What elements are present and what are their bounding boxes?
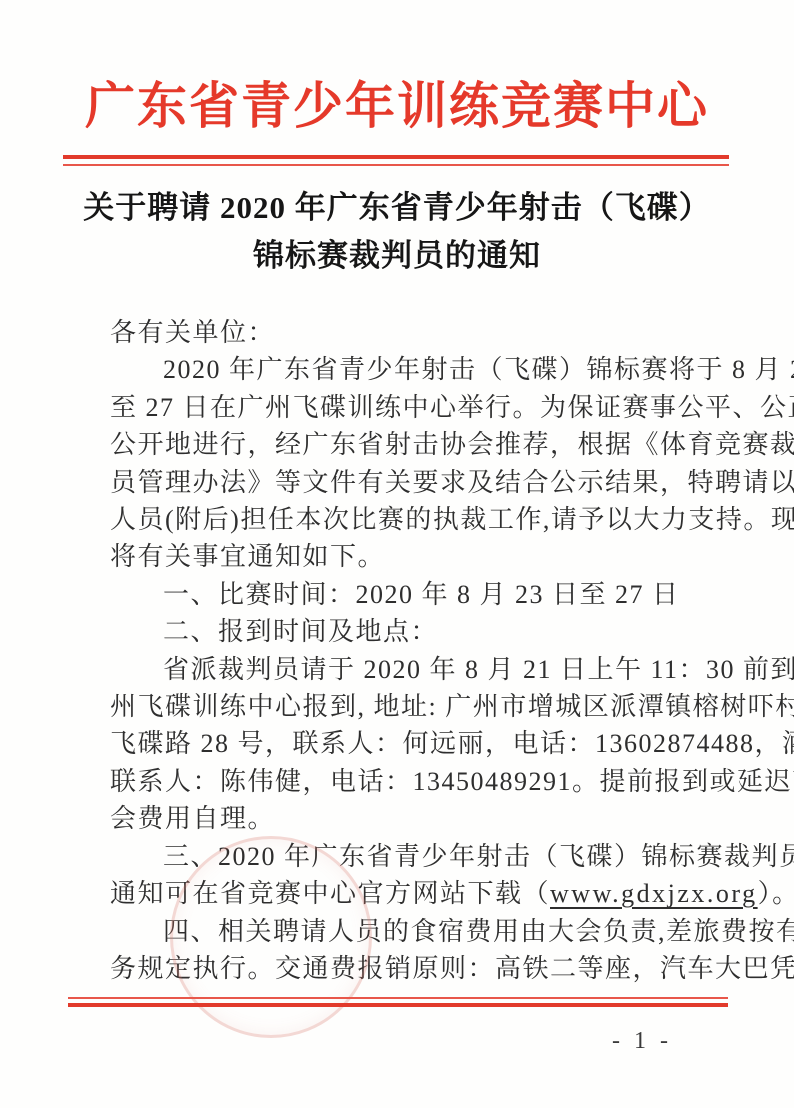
text-line: 各有关单位： [110, 314, 690, 351]
text-line: 一、比赛时间：2020 年 8 月 23 日至 27 日 [110, 576, 690, 613]
document-title-line2: 锦标赛裁判员的通知 [0, 232, 794, 280]
text-line: 州飞碟训练中心报到, 地址: 广州市增城区派潭镇榕树吓村 [110, 688, 690, 725]
document-title-line1: 关于聘请 2020 年广东省青少年射击（飞碟） [0, 184, 794, 232]
text-run: 2020 年广东省青少年射击（飞碟）锦标赛将于 8 月 23 [163, 355, 794, 384]
text-run: 州飞碟训练中心报到, 地址: 广州市增城区派潭镇榕树吓村 [110, 692, 794, 721]
text-run: 至 27 日在广州飞碟训练中心举行。为保证赛事公平、公正、 [110, 393, 794, 422]
divider-thick-line [63, 155, 729, 159]
text-line: 公开地进行，经广东省射击协会推荐，根据《体育竞赛裁判 [110, 426, 690, 463]
text-line: 飞碟路 28 号，联系人：何远丽，电话：13602874488，酒店 [110, 725, 690, 762]
page-number: - 1 - [612, 1028, 672, 1055]
text-run: 各有关单位： [110, 318, 275, 347]
text-line: 将有关事宜通知如下。 [110, 538, 690, 575]
text-run: 二、报到时间及地点： [163, 617, 438, 646]
text-line: 2020 年广东省青少年射击（飞碟）锦标赛将于 8 月 23 [110, 351, 690, 388]
text-run: 飞碟路 28 号，联系人：何远丽，电话：13602874488，酒店 [110, 729, 794, 758]
text-line: 省派裁判员请于 2020 年 8 月 21 日上午 11：30 前到广 [110, 651, 690, 688]
text-run: ）。 [758, 879, 794, 908]
text-run: 一、比赛时间：2020 年 8 月 23 日至 27 日 [163, 580, 680, 609]
text-run: 省派裁判员请于 2020 年 8 月 21 日上午 11：30 前到广 [163, 655, 794, 684]
text-line: 人员(附后)担任本次比赛的执裁工作,请予以大力支持。现 [110, 501, 690, 538]
divider-thin-line [63, 164, 729, 166]
document-title: 关于聘请 2020 年广东省青少年射击（飞碟） 锦标赛裁判员的通知 [0, 184, 794, 280]
divider-thick-line [68, 1003, 728, 1007]
official-seal-stamp [170, 836, 372, 1038]
text-line: 二、报到时间及地点： [110, 613, 690, 650]
divider-thin-line [68, 997, 728, 999]
text-run: 人员(附后)担任本次比赛的执裁工作,请予以大力支持。现 [110, 505, 794, 534]
letterhead-title: 广东省青少年训练竞赛中心 [0, 66, 794, 138]
text-line: 员管理办法》等文件有关要求及结合公示结果，特聘请以下 [110, 464, 690, 501]
text-run: 员管理办法》等文件有关要求及结合公示结果，特聘请以下 [110, 468, 794, 497]
website-url-text: www.gdxjzx.org [550, 879, 758, 908]
text-line: 至 27 日在广州飞碟训练中心举行。为保证赛事公平、公正、 [110, 389, 690, 426]
text-run: 将有关事宜通知如下。 [110, 542, 385, 571]
text-run: 会费用自理。 [110, 804, 275, 833]
letterhead-divider [63, 155, 729, 166]
text-run: 联系人：陈伟健，电话：13450489291。提前报到或延迟离 [110, 767, 794, 796]
text-run: 公开地进行，经广东省射击协会推荐，根据《体育竞赛裁判 [110, 430, 794, 459]
footer-divider [68, 997, 728, 1007]
document-page: 广东省青少年训练竞赛中心 关于聘请 2020 年广东省青少年射击（飞碟） 锦标赛… [0, 0, 794, 1108]
text-line: 联系人：陈伟健，电话：13450489291。提前报到或延迟离 [110, 763, 690, 800]
text-line: 会费用自理。 [110, 800, 690, 837]
